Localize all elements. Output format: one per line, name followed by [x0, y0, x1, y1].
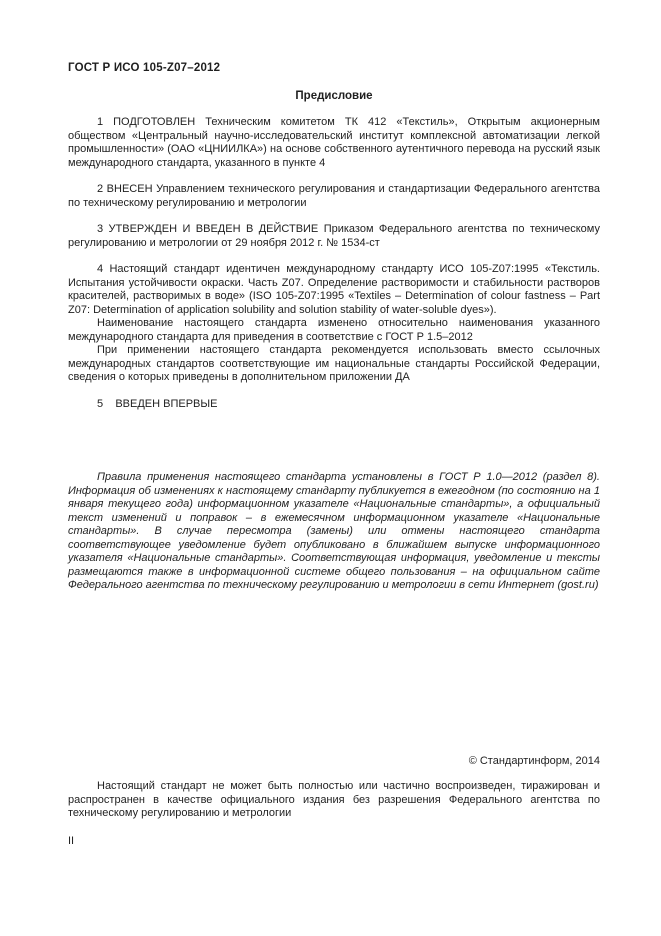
preface-item-5: 5 ВВЕДЕН ВПЕРВЫЕ	[68, 398, 600, 412]
document-code: ГОСТ Р ИСО 105-Z07–2012	[68, 62, 600, 76]
preface-item-2: 2 ВНЕСЕН Управлением технического регули…	[68, 183, 600, 210]
preface-item-1: 1 ПОДГОТОВЛЕН Техническим комитетом ТК 4…	[68, 116, 600, 170]
document-page: ГОСТ Р ИСО 105-Z07–2012 Предисловие 1 ПО…	[0, 0, 661, 936]
copyright-notice: © Стандартинформ, 2014	[68, 755, 600, 769]
preface-item-4-continuation-2: При применении настоящего стандарта реко…	[68, 344, 600, 385]
reproduction-restriction: Настоящий стандарт не может быть полност…	[68, 780, 600, 821]
page-number: II	[68, 835, 600, 849]
preface-item-4: 4 Настоящий стандарт идентичен междунаро…	[68, 263, 600, 317]
application-rules-note: Правила применения настоящего стандарта …	[68, 471, 600, 593]
preface-item-3: 3 УТВЕРЖДЕН И ВВЕДЕН В ДЕЙСТВИЕ Приказом…	[68, 223, 600, 250]
preface-item-4-continuation-1: Наименование настоящего стандарта измене…	[68, 317, 600, 344]
section-title: Предисловие	[68, 90, 600, 104]
